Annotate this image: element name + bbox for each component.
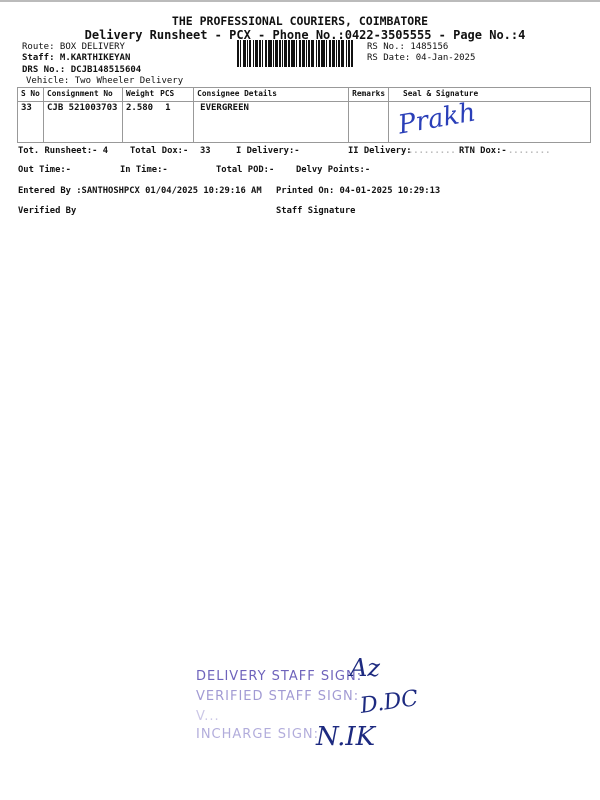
total-dox-value: 33	[200, 146, 211, 156]
total-pod: Total POD:-	[216, 165, 274, 175]
tot-runsheet: Tot. Runsheet:- 4	[18, 146, 108, 156]
col-pcs: PCS	[157, 88, 194, 102]
col-seal: Seal & Signature	[389, 88, 591, 102]
cell-consignment: CJB 521003703	[44, 102, 123, 143]
rtn-dox-dots: ........	[508, 146, 550, 156]
cell-pcs: 1	[157, 102, 194, 143]
cell-consignee: EVERGREEN	[194, 102, 349, 143]
col-weight: Weight	[123, 88, 158, 102]
incharge-signature: N.IK	[316, 722, 375, 752]
drs-number: DRS No.: DCJB148515604	[22, 65, 141, 75]
i-delivery: I Delivery:-	[236, 146, 300, 156]
in-time: In Time:-	[120, 165, 168, 175]
verified-by: Verified By	[18, 206, 76, 216]
printed-on: Printed On: 04-01-2025 10:29:13	[276, 186, 440, 196]
cell-remarks	[349, 102, 389, 143]
total-dox-label: Total Dox:-	[130, 146, 188, 156]
entered-by: Entered By :SANTHOSHPCX 01/04/2025 10:29…	[18, 186, 262, 196]
verified-staff-signature: D.DC	[359, 686, 420, 719]
route-label: Route: BOX DELIVERY	[22, 42, 125, 52]
stamp-line3: V...	[196, 709, 220, 724]
col-consignee: Consignee Details	[194, 88, 349, 102]
delvy-points: Delvy Points:-	[296, 165, 370, 175]
staff-signature-label: Staff Signature	[276, 206, 355, 216]
barcode-icon	[237, 40, 358, 67]
out-time: Out Time:-	[18, 165, 71, 175]
company-title: THE PROFESSIONAL COURIERS, COIMBATORE	[0, 14, 600, 28]
stamp-verified-staff-sign: VERIFIED STAFF SIGN:	[196, 689, 359, 704]
col-sno: S No	[18, 88, 44, 102]
rtn-dox: RTN Dox:-	[459, 146, 507, 156]
table-row: 33 CJB 521003703 2.580 1 EVERGREEN	[18, 102, 591, 143]
delivery-staff-signature: Az	[350, 654, 380, 682]
ii-delivery: II Delivery:	[348, 146, 412, 156]
ii-delivery-dots: .........	[408, 146, 456, 156]
vehicle-label: Vehicle: Two Wheeler Delivery	[26, 76, 183, 86]
scan-edge-line	[0, 0, 600, 2]
runsheet-table: S No Consignment No Weight PCS Consignee…	[17, 87, 591, 143]
col-consignment: Consignment No	[44, 88, 123, 102]
rs-number: RS No.: 1485156	[367, 42, 448, 52]
cell-sno: 33	[18, 102, 44, 143]
col-remarks: Remarks	[349, 88, 389, 102]
staff-label: Staff: M.KARTHIKEYAN	[22, 53, 130, 63]
stamp-delivery-staff-sign: DELIVERY STAFF SIGN:	[196, 669, 362, 684]
stamp-incharge-sign: INCHARGE SIGN:	[196, 727, 319, 742]
rs-date: RS Date: 04-Jan-2025	[367, 53, 475, 63]
table-header-row: S No Consignment No Weight PCS Consignee…	[18, 88, 591, 102]
cell-weight: 2.580	[123, 102, 158, 143]
